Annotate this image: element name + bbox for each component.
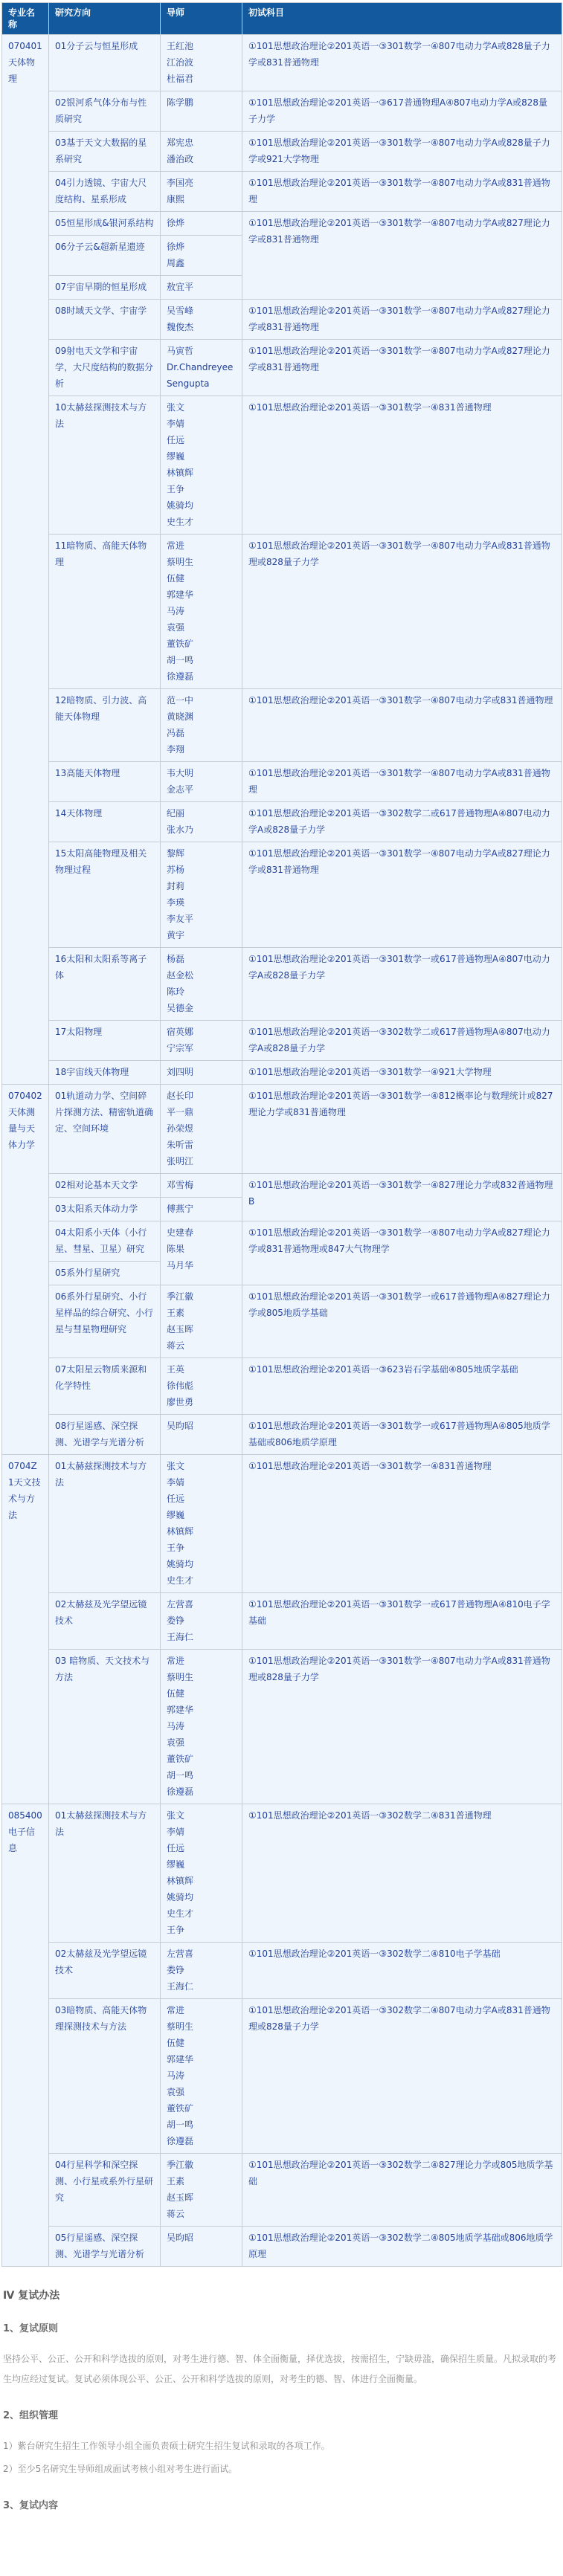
advisors-cell: 王英徐伟彪廖世勇 [161, 1358, 242, 1415]
advisor-name: 林镇辉 [167, 1523, 236, 1540]
advisor-name: 王海仁 [167, 1978, 236, 1995]
direction-cell: 01太赫兹探测技术与方法 [49, 1455, 161, 1593]
header-direction: 研究方向 [49, 3, 161, 35]
advisors-cell: 张文李婧任远缪巍林镇辉王争姚骑均史生才 [161, 396, 242, 535]
advisor-name: 赵长印 [167, 1088, 236, 1104]
advisor-name: 马涛 [167, 1718, 236, 1734]
advisor-name: 王英 [167, 1361, 236, 1378]
advisors-cell: 史建春陈果马月华 [161, 1221, 242, 1285]
direction-cell: 05恒星形成&银河系结构 [49, 212, 161, 236]
advisor-name: 缪巍 [167, 1856, 236, 1873]
advisors-cell: 常进蔡明生伍健郭建华马涛袁强董铁矿胡一鸣徐遵磊 [161, 1650, 242, 1804]
advisor-name: 蒋云 [167, 1337, 236, 1354]
exam-cell: ①101思想政治理论②201英语一③302数学二④810电子学基础 [242, 1943, 562, 1999]
advisor-name: 邓雪梅 [167, 1177, 236, 1193]
direction-cell: 06分子云&超新星遗迹 [49, 236, 161, 276]
advisor-name: 马月华 [167, 1257, 236, 1274]
table-row: 09射电天文学和宇宙学，大尺度结构的数据分析马寅哲Dr.Chandreyee S… [2, 340, 562, 396]
exam-cell: ①101思想政治理论②201英语一③301数学一④807电动力学A或831普通物… [242, 172, 562, 212]
advisor-name: 王争 [167, 1922, 236, 1938]
admissions-table: 专业名称 研究方向 导师 初试科目 070401天体物理01分子云与恒星形成王红… [1, 2, 562, 2267]
advisor-name: 董铁矿 [167, 2100, 236, 2117]
direction-cell: 16太阳和太阳系等离子体 [49, 948, 161, 1021]
advisor-name: 史生才 [167, 514, 236, 530]
advisor-name: 敖宜平 [167, 279, 236, 295]
note-heading: 2、组织管理 [3, 2407, 559, 2421]
advisors-cell: 黎辉苏杨封莉李瑛李友平黄宇 [161, 842, 242, 948]
advisor-name: 孙荣煜 [167, 1120, 236, 1137]
table-row: 02相对论基本天文学邓雪梅①101思想政治理论②201英语一③301数学一④82… [2, 1174, 562, 1198]
advisor-name: 王红池 [167, 38, 236, 54]
direction-cell: 01分子云与恒星形成 [49, 35, 161, 91]
admissions-table-header: 专业名称 研究方向 导师 初试科目 [2, 3, 562, 35]
advisor-name: 杜福君 [167, 71, 236, 87]
notes-title: Ⅳ 复试办法 [3, 2288, 559, 2302]
advisor-name: 封莉 [167, 878, 236, 894]
table-row: 18宇宙线天体物理刘四明①101思想政治理论②201英语一③301数学一④921… [2, 1061, 562, 1085]
table-row: 14天体物理纪丽张水乃①101思想政治理论②201英语一③302数学二或617普… [2, 802, 562, 842]
table-row: 02太赫兹及光学望远镜技术左营喜娄铮王海仁①101思想政治理论②201英语一③3… [2, 1943, 562, 1999]
note-paragraph: 2）至少5名研究生导师组成面试考核小组对考生进行面试。 [3, 2459, 559, 2479]
table-row: 08行星遥感、深空探测、光谱学与光谱分析吴昀昭①101思想政治理论②201英语一… [2, 1415, 562, 1455]
exam-cell: ①101思想政治理论②201英语一③302数学二或617普通物理A④807电动力… [242, 1021, 562, 1061]
advisor-name: 季江徽 [167, 1288, 236, 1305]
advisor-name: 张文 [167, 1458, 236, 1474]
table-row: 10太赫兹探测技术与方法张文李婧任远缪巍林镇辉王争姚骑均史生才①101思想政治理… [2, 396, 562, 535]
advisor-name: 左营喜 [167, 1596, 236, 1613]
header-row: 专业名称 研究方向 导师 初试科目 [2, 3, 562, 35]
table-row: 03基于天文大数据的星系研究郑宪忠潘治政①101思想政治理论②201英语一③30… [2, 132, 562, 172]
table-row: 11暗物质、高能天体物理常进蔡明生伍健郭建华马涛袁强董铁矿胡一鸣徐遵磊①101思… [2, 535, 562, 689]
header-advisor: 导师 [161, 3, 242, 35]
advisor-name: 郑宪忠 [167, 135, 236, 151]
advisor-name: 李婧 [167, 416, 236, 432]
table-row: 03 暗物质、天文技术与方法常进蔡明生伍健郭建华马涛袁强董铁矿胡一鸣徐遵磊①10… [2, 1650, 562, 1804]
advisor-name: 袁强 [167, 2084, 236, 2100]
direction-cell: 04太阳系小天体（小行星、彗星、卫星）研究 [49, 1221, 161, 1262]
advisor-name: 蔡明生 [167, 1669, 236, 1685]
advisor-name: 潘治政 [167, 151, 236, 167]
direction-cell: 05行星遥感、深空探测、光谱学与光谱分析 [49, 2227, 161, 2267]
advisor-name: 黄宇 [167, 927, 236, 943]
direction-cell: 09射电天文学和宇宙学，大尺度结构的数据分析 [49, 340, 161, 396]
exam-cell: ①101思想政治理论②201英语一③301数学一④807电动力学A或828量子力… [242, 132, 562, 172]
advisor-name: 常进 [167, 538, 236, 554]
advisor-name: 吴德金 [167, 1000, 236, 1016]
advisors-cell: 吴昀昭 [161, 2227, 242, 2267]
advisor-name: 郭建华 [167, 2051, 236, 2067]
table-row: 08时域天文学、宇宙学吴雪峰魏俊杰①101思想政治理论②201英语一③301数学… [2, 300, 562, 340]
major-cell: 0704Z1天文技术与方法 [2, 1455, 49, 1804]
advisors-cell: 敖宜平 [161, 276, 242, 300]
notes-body: 1、复试原则坚持公平、公正、公开和科学选拔的原则，对考生进行德、智、体全面衡量，… [3, 2320, 559, 2511]
direction-cell: 01太赫兹探测技术与方法 [49, 1804, 161, 1943]
direction-cell: 03暗物质、高能天体物理探测技术与方法 [49, 1999, 161, 2154]
advisor-name: 李婧 [167, 1474, 236, 1491]
advisor-name: 伍健 [167, 2035, 236, 2051]
advisors-cell: 王红池江治波杜福君 [161, 35, 242, 91]
advisor-name: 陈学鹏 [167, 94, 236, 111]
table-row: 02太赫兹及光学望远镜技术左营喜娄铮王海仁①101思想政治理论②201英语一③3… [2, 1593, 562, 1650]
advisor-name: 缪巍 [167, 448, 236, 465]
advisors-cell: 徐烨 [161, 212, 242, 236]
admissions-table-body: 070401天体物理01分子云与恒星形成王红池江治波杜福君①101思想政治理论②… [2, 35, 562, 2267]
exam-cell: ①101思想政治理论②201英语一③301数学一④831普通物理 [242, 396, 562, 535]
exam-cell: ①101思想政治理论②201英语一③301数学一④831普通物理 [242, 1455, 562, 1593]
advisors-cell: 宿英娜宁宗军 [161, 1021, 242, 1061]
direction-cell: 04引力透镜、宇宙大尺度结构、星系形成 [49, 172, 161, 212]
advisor-name: 平一鼎 [167, 1104, 236, 1120]
header-major: 专业名称 [2, 3, 49, 35]
advisor-name: 黄晓渊 [167, 708, 236, 725]
table-row: 17太阳物理宿英娜宁宗军①101思想政治理论②201英语一③302数学二或617… [2, 1021, 562, 1061]
advisor-name: 王海仁 [167, 1629, 236, 1645]
advisors-cell: 左营喜娄铮王海仁 [161, 1593, 242, 1650]
note-paragraph: 1）紫台研究生招生工作领导小组全面负责硕士研究生招生复试和录取的各项工作。 [3, 2436, 559, 2456]
advisor-name: 胡一鸣 [167, 1767, 236, 1783]
advisor-name: 江治波 [167, 54, 236, 71]
advisor-name: 马涛 [167, 2067, 236, 2084]
exam-cell: ①101思想政治理论②201英语一③302数学二④805地质学基础或806地质学… [242, 2227, 562, 2267]
advisor-name: 胡一鸣 [167, 652, 236, 668]
advisor-name: 缪巍 [167, 1507, 236, 1523]
advisor-name: 郭建华 [167, 1702, 236, 1718]
note-paragraph: 坚持公平、公正、公开和科学选拔的原则，对考生进行德、智、体全面衡量，择优选拔，按… [3, 2349, 559, 2389]
advisor-name: 徐遵磊 [167, 668, 236, 685]
direction-cell: 03基于天文大数据的星系研究 [49, 132, 161, 172]
advisor-name: 陈玲 [167, 984, 236, 1000]
exam-cell: ①101思想政治理论②201英语一③302数学二④827理论力学或805地质学基… [242, 2154, 562, 2227]
advisors-cell: 李国亮康熙 [161, 172, 242, 212]
advisor-name: 徐烨 [167, 239, 236, 255]
table-row: 03暗物质、高能天体物理探测技术与方法常进蔡明生伍健郭建华马涛袁强董铁矿胡一鸣徐… [2, 1999, 562, 2154]
advisor-name: 王素 [167, 2173, 236, 2189]
advisor-name: 徐遵磊 [167, 2133, 236, 2149]
advisor-name: 张文 [167, 1807, 236, 1824]
advisor-name: 李友平 [167, 911, 236, 927]
advisor-name: 金志平 [167, 781, 236, 798]
direction-cell: 02银河系气体分布与性质研究 [49, 91, 161, 132]
advisor-name: 刘四明 [167, 1064, 236, 1080]
advisor-name: 朱听雷 [167, 1137, 236, 1153]
advisors-cell: 吴昀昭 [161, 1415, 242, 1455]
advisor-name: 纪丽 [167, 805, 236, 821]
table-row: 04行星科学和深空探测、小行星或系外行星研究季江徽王素赵玉晖蒋云①101思想政治… [2, 2154, 562, 2227]
table-row: 16太阳和太阳系等离子体杨磊赵金松陈玲吴德金①101思想政治理论②201英语一③… [2, 948, 562, 1021]
advisor-name: 周鑫 [167, 255, 236, 271]
direction-cell: 04行星科学和深空探测、小行星或系外行星研究 [49, 2154, 161, 2227]
exam-cell: ①101思想政治理论②201英语一③301数学一④807电动力学A或831普通物… [242, 535, 562, 689]
exam-cell: ①101思想政治理论②201英语一③302数学二④807电动力学A或831普通物… [242, 1999, 562, 2154]
advisors-cell: 陈学鹏 [161, 91, 242, 132]
advisors-cell: 刘四明 [161, 1061, 242, 1085]
advisor-name: 姚骑均 [167, 497, 236, 514]
advisor-name: 魏俊杰 [167, 319, 236, 335]
exam-cell: ①101思想政治理论②201英语一③301数学一④807电动力学A或827理论力… [242, 212, 562, 300]
advisor-name: 徐遵磊 [167, 1783, 236, 1800]
advisor-name: 苏杨 [167, 862, 236, 878]
advisors-cell: 马寅哲Dr.Chandreyee Sengupta [161, 340, 242, 396]
exam-cell: ①101思想政治理论②201英语一③301数学一或617普通物理A④807电动力… [242, 948, 562, 1021]
table-row: 07太阳星云物质来源和化学特性王英徐伟彪廖世勇①101思想政治理论②201英语一… [2, 1358, 562, 1415]
advisors-cell: 范一中黄晓渊冯磊李翔 [161, 689, 242, 762]
advisor-name: Dr.Chandreyee Sengupta [167, 359, 236, 392]
advisor-name: 宁宗军 [167, 1040, 236, 1056]
table-row: 05恒星形成&银河系结构徐烨①101思想政治理论②201英语一③301数学一④8… [2, 212, 562, 236]
advisor-name: 史建春 [167, 1224, 236, 1241]
advisor-name: 李瑛 [167, 894, 236, 911]
exam-cell: ①101思想政治理论②201英语一③301数学一④812概率论与数理统计或827… [242, 1085, 562, 1174]
direction-cell: 14天体物理 [49, 802, 161, 842]
exam-cell: ①101思想政治理论②201英语一③301数学一④807电动力学A或827理论力… [242, 842, 562, 948]
advisor-name: 廖世勇 [167, 1394, 236, 1410]
advisor-name: 袁强 [167, 1734, 236, 1751]
advisor-name: 韦大明 [167, 765, 236, 781]
exam-cell: ①101思想政治理论②201英语一③301数学一或617普通物理A④810电子学… [242, 1593, 562, 1650]
advisor-name: 李翔 [167, 741, 236, 758]
direction-cell: 06系外行星研究、小行星样品的综合研究、小行星与彗星物理研究 [49, 1285, 161, 1358]
direction-cell: 03太阳系天体动力学 [49, 1198, 161, 1221]
exam-cell: ①101思想政治理论②201英语一③302数学二或617普通物理A④807电动力… [242, 802, 562, 842]
exam-cell: ①101思想政治理论②201英语一③301数学一④807电动力学A或827理论力… [242, 1221, 562, 1285]
notes: Ⅳ 复试办法 1、复试原则坚持公平、公正、公开和科学选拔的原则，对考生进行德、智… [3, 2288, 559, 2511]
major-cell: 070402天体测量与天体力学 [2, 1085, 49, 1455]
advisors-cell: 季江徽王素赵玉晖蒋云 [161, 2154, 242, 2227]
advisors-cell: 季江徽王素赵玉晖蒋云 [161, 1285, 242, 1358]
exam-cell: ①101思想政治理论②201英语一③301数学一④807电动力学A或831普通物… [242, 1650, 562, 1804]
advisor-name: 常进 [167, 1653, 236, 1669]
direction-cell: 07宇宙早期的恒星形成 [49, 276, 161, 300]
advisor-name: 徐烨 [167, 215, 236, 231]
advisor-name: 黎辉 [167, 845, 236, 862]
direction-cell: 02相对论基本天文学 [49, 1174, 161, 1198]
advisor-name: 张水乃 [167, 821, 236, 838]
advisor-name: 任远 [167, 432, 236, 448]
exam-cell: ①101思想政治理论②201英语一③301数学一④807电动力学A或827理论力… [242, 340, 562, 396]
direction-cell: 12暗物质、引力波、高能天体物理 [49, 689, 161, 762]
direction-cell: 01轨道动力学、空间碎片探测方法、精密轨道确定、空间环境 [49, 1085, 161, 1174]
advisor-name: 王争 [167, 1540, 236, 1556]
advisor-name: 蔡明生 [167, 554, 236, 570]
advisor-name: 常进 [167, 2002, 236, 2018]
advisor-name: 赵金松 [167, 967, 236, 984]
advisor-name: 伍健 [167, 1685, 236, 1702]
advisor-name: 娄铮 [167, 1962, 236, 1978]
exam-cell: ①101思想政治理论②201英语一③301数学一④807电动力学A或827理论力… [242, 300, 562, 340]
advisor-name: 任远 [167, 1491, 236, 1507]
advisors-cell: 吴雪峰魏俊杰 [161, 300, 242, 340]
advisor-name: 史生才 [167, 1572, 236, 1589]
table-row: 04引力透镜、宇宙大尺度结构、星系形成李国亮康熙①101思想政治理论②201英语… [2, 172, 562, 212]
advisors-cell: 邓雪梅 [161, 1174, 242, 1198]
advisors-cell: 常进蔡明生伍健郭建华马涛袁强董铁矿胡一鸣徐遵磊 [161, 535, 242, 689]
direction-cell: 13高能天体物理 [49, 762, 161, 802]
advisor-name: 董铁矿 [167, 1751, 236, 1767]
advisor-name: 马涛 [167, 603, 236, 619]
direction-cell: 07太阳星云物质来源和化学特性 [49, 1358, 161, 1415]
table-row: 06系外行星研究、小行星样品的综合研究、小行星与彗星物理研究季江徽王素赵玉晖蒋云… [2, 1285, 562, 1358]
advisor-name: 董铁矿 [167, 636, 236, 652]
exam-cell: ①101思想政治理论②201英语一③617普通物理A④807电动力学A或828量… [242, 91, 562, 132]
table-row: 0704Z1天文技术与方法01太赫兹探测技术与方法张文李婧任远缪巍林镇辉王争姚骑… [2, 1455, 562, 1593]
advisor-name: 袁强 [167, 619, 236, 636]
advisor-name: 徐伟彪 [167, 1378, 236, 1394]
exam-cell: ①101思想政治理论②201英语一③301数学一④807电动力学A或831普通物… [242, 762, 562, 802]
major-cell: 070401天体物理 [2, 35, 49, 1085]
advisor-name: 范一中 [167, 692, 236, 708]
direction-cell: 05系外行星研究 [49, 1262, 161, 1285]
direction-cell: 11暗物质、高能天体物理 [49, 535, 161, 689]
advisor-name: 张明江 [167, 1153, 236, 1169]
advisor-name: 姚骑均 [167, 1556, 236, 1572]
advisor-name: 赵玉晖 [167, 1321, 236, 1337]
advisor-name: 姚骑均 [167, 1889, 236, 1905]
direction-cell: 17太阳物理 [49, 1021, 161, 1061]
exam-cell: ①101思想政治理论②201英语一③301数学一或617普通物理A④805地质学… [242, 1415, 562, 1455]
advisors-cell: 赵长印平一鼎孙荣煜朱听雷张明江 [161, 1085, 242, 1174]
advisor-name: 陈果 [167, 1241, 236, 1257]
advisor-name: 李婧 [167, 1824, 236, 1840]
advisors-cell: 纪丽张水乃 [161, 802, 242, 842]
table-row: 15太阳高能物理及相关物理过程黎辉苏杨封莉李瑛李友平黄宇①101思想政治理论②2… [2, 842, 562, 948]
advisor-name: 宿英娜 [167, 1024, 236, 1040]
direction-cell: 15太阳高能物理及相关物理过程 [49, 842, 161, 948]
advisors-cell: 徐烨周鑫 [161, 236, 242, 276]
advisor-name: 赵玉晖 [167, 2189, 236, 2206]
direction-cell: 02太赫兹及光学望远镜技术 [49, 1593, 161, 1650]
advisor-name: 左营喜 [167, 1946, 236, 1962]
advisor-name: 林镇辉 [167, 465, 236, 481]
exam-cell: ①101思想政治理论②201英语一③623岩石学基础④805地质学基础 [242, 1358, 562, 1415]
direction-cell: 03 暗物质、天文技术与方法 [49, 1650, 161, 1804]
advisor-name: 王素 [167, 1305, 236, 1321]
exam-cell: ①101思想政治理论②201英语一③301数学一④807电动力学或831普通物理 [242, 689, 562, 762]
advisors-cell: 左营喜娄铮王海仁 [161, 1943, 242, 1999]
advisor-name: 林镇辉 [167, 1873, 236, 1889]
table-row: 05行星遥感、深空探测、光谱学与光谱分析吴昀昭①101思想政治理论②201英语一… [2, 2227, 562, 2267]
exam-cell: ①101思想政治理论②201英语一③301数学一或617普通物理A④827理论力… [242, 1285, 562, 1358]
advisor-name: 傅燕宁 [167, 1201, 236, 1217]
advisor-name: 蔡明生 [167, 2018, 236, 2035]
advisor-name: 杨磊 [167, 951, 236, 967]
table-row: 12暗物质、引力波、高能天体物理范一中黄晓渊冯磊李翔①101思想政治理论②201… [2, 689, 562, 762]
table-row: 070402天体测量与天体力学01轨道动力学、空间碎片探测方法、精密轨道确定、空… [2, 1085, 562, 1174]
advisors-cell: 杨磊赵金松陈玲吴德金 [161, 948, 242, 1021]
major-cell: 085400电子信息 [2, 1804, 49, 2267]
exam-cell: ①101思想政治理论②201英语一③302数学二④831普通物理 [242, 1804, 562, 1943]
advisor-name: 郭建华 [167, 587, 236, 603]
exam-cell: ①101思想政治理论②201英语一③301数学一④921大学物理 [242, 1061, 562, 1085]
note-heading: 1、复试原则 [3, 2320, 559, 2334]
advisor-name: 王争 [167, 481, 236, 497]
exam-cell: ①101思想政治理论②201英语一③301数学一④807电动力学A或828量子力… [242, 35, 562, 91]
advisor-name: 冯磊 [167, 725, 236, 741]
advisor-name: 吴雪峰 [167, 303, 236, 319]
advisor-name: 史生才 [167, 1905, 236, 1922]
advisors-cell: 张文李婧任远缪巍林镇辉王争姚骑均史生才 [161, 1455, 242, 1593]
note-heading: 3、复试内容 [3, 2497, 559, 2511]
table-row: 070401天体物理01分子云与恒星形成王红池江治波杜福君①101思想政治理论②… [2, 35, 562, 91]
direction-cell: 10太赫兹探测技术与方法 [49, 396, 161, 535]
advisor-name: 胡一鸣 [167, 2117, 236, 2133]
table-row: 085400电子信息01太赫兹探测技术与方法张文李婧任远缪巍林镇辉姚骑均史生才王… [2, 1804, 562, 1943]
direction-cell: 08时域天文学、宇宙学 [49, 300, 161, 340]
advisors-cell: 郑宪忠潘治政 [161, 132, 242, 172]
table-row: 02银河系气体分布与性质研究陈学鹏①101思想政治理论②201英语一③617普通… [2, 91, 562, 132]
advisor-name: 季江徽 [167, 2157, 236, 2173]
header-exam: 初试科目 [242, 3, 562, 35]
advisor-name: 伍健 [167, 570, 236, 587]
advisor-name: 蒋云 [167, 2206, 236, 2222]
direction-cell: 02太赫兹及光学望远镜技术 [49, 1943, 161, 1999]
table-row: 13高能天体物理韦大明金志平①101思想政治理论②201英语一③301数学一④8… [2, 762, 562, 802]
advisors-cell: 韦大明金志平 [161, 762, 242, 802]
advisor-name: 李国亮 [167, 175, 236, 191]
advisor-name: 吴昀昭 [167, 1418, 236, 1434]
advisors-cell: 张文李婧任远缪巍林镇辉姚骑均史生才王争 [161, 1804, 242, 1943]
direction-cell: 18宇宙线天体物理 [49, 1061, 161, 1085]
advisor-name: 马寅哲 [167, 343, 236, 359]
advisors-cell: 傅燕宁 [161, 1198, 242, 1221]
advisors-cell: 常进蔡明生伍健郭建华马涛袁强董铁矿胡一鸣徐遵磊 [161, 1999, 242, 2154]
advisor-name: 娄铮 [167, 1613, 236, 1629]
table-row: 04太阳系小天体（小行星、彗星、卫星）研究史建春陈果马月华①101思想政治理论②… [2, 1221, 562, 1262]
advisor-name: 吴昀昭 [167, 2230, 236, 2246]
advisor-name: 张文 [167, 399, 236, 416]
advisor-name: 任远 [167, 1840, 236, 1856]
advisor-name: 康熙 [167, 191, 236, 207]
exam-cell: ①101思想政治理论②201英语一③301数学一④827理论力学或832普通物理… [242, 1174, 562, 1221]
direction-cell: 08行星遥感、深空探测、光谱学与光谱分析 [49, 1415, 161, 1455]
